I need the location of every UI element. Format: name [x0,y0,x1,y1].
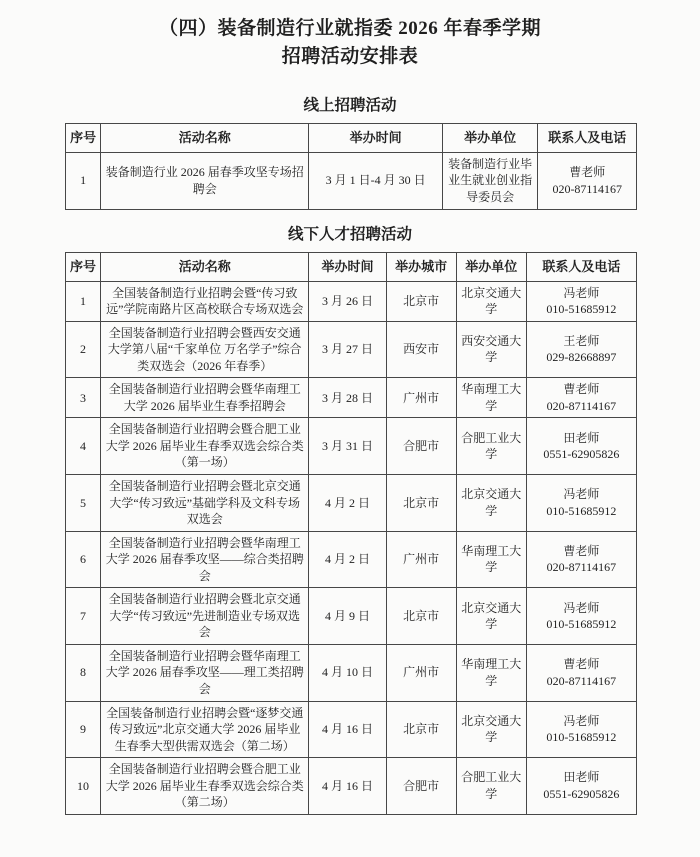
name-cell: 全国装备制造行业招聘会暨合肥工业大学 2026 届毕业生春季双选会综合类（第一场… [101,418,309,475]
unit-cell: 合肥工业大学 [456,418,526,475]
column-header-contact: 联系人及电话 [538,124,637,153]
city-cell: 北京市 [386,281,456,321]
city-cell: 广州市 [386,378,456,418]
table-row: 2全国装备制造行业招聘会暨西安交通大学第八届“千家单位 万名学子”综合类双选会（… [66,321,637,378]
column-header-no: 序号 [66,124,101,153]
time-cell: 3 月 1 日-4 月 30 日 [309,152,443,209]
contact-cell: 曹老师020-87114167 [538,152,637,209]
online-section-heading: 线上招聘活动 [0,96,700,116]
time-cell: 4 月 16 日 [309,758,386,815]
table-row: 1全国装备制造行业招聘会暨“传习致远”学院南路片区高校联合专场双选会3 月 26… [66,281,637,321]
table-row: 4全国装备制造行业招聘会暨合肥工业大学 2026 届毕业生春季双选会综合类（第一… [66,418,637,475]
unit-cell: 西安交通大学 [456,321,526,378]
contact-cell: 冯老师010-51685912 [526,701,636,758]
no-cell: 3 [66,378,101,418]
unit-cell: 华南理工大学 [456,644,526,701]
contact-cell: 田老师0551-62905826 [526,418,636,475]
online-recruitment-table: 序号 活动名称 举办时间 举办单位 联系人及电话 1装备制造行业 2026 届春… [65,123,637,210]
column-header-city: 举办城市 [386,252,456,281]
no-cell: 8 [66,644,101,701]
name-cell: 全国装备制造行业招聘会暨北京交通大学“传习致远”先进制造业专场双选会 [101,588,309,645]
table-row: 1装备制造行业 2026 届春季攻坚专场招聘会3 月 1 日-4 月 30 日装… [66,152,637,209]
online-table-header-row: 序号 活动名称 举办时间 举办单位 联系人及电话 [66,124,637,153]
contact-phone: 0551-62905826 [530,446,633,463]
contact-phone: 020-87114167 [541,181,633,198]
no-cell: 7 [66,588,101,645]
time-cell: 3 月 26 日 [309,281,386,321]
offline-table-header-row: 序号 活动名称 举办时间 举办城市 举办单位 联系人及电话 [66,252,637,281]
column-header-activity-name: 活动名称 [101,252,309,281]
unit-cell: 北京交通大学 [456,474,526,531]
page-title: （四）装备制造行业就指委 2026 年春季学期 招聘活动安排表 [0,15,700,71]
name-cell: 全国装备制造行业招聘会暨“传习致远”学院南路片区高校联合专场双选会 [101,281,309,321]
name-cell: 全国装备制造行业招聘会暨北京交通大学“传习致远”基础学科及文科专场双选会 [101,474,309,531]
time-cell: 4 月 16 日 [309,701,386,758]
contact-cell: 曹老师020-87114167 [526,644,636,701]
contact-name: 田老师 [530,769,633,786]
unit-cell: 北京交通大学 [456,281,526,321]
name-cell: 全国装备制造行业招聘会暨合肥工业大学 2026 届毕业生春季双选会综合类（第二场… [101,758,309,815]
unit-cell: 华南理工大学 [456,531,526,588]
contact-name: 冯老师 [530,486,633,503]
name-cell: 全国装备制造行业招聘会暨华南理工大学 2026 届毕业生春季招聘会 [101,378,309,418]
column-header-unit: 举办单位 [442,124,538,153]
city-cell: 合肥市 [386,418,456,475]
contact-phone: 010-51685912 [530,301,633,318]
document-page: （四）装备制造行业就指委 2026 年春季学期 招聘活动安排表 线上招聘活动 序… [0,0,700,857]
no-cell: 4 [66,418,101,475]
no-cell: 2 [66,321,101,378]
page-title-line-1: （四）装备制造行业就指委 2026 年春季学期 [0,15,700,43]
unit-cell: 北京交通大学 [456,701,526,758]
column-header-time: 举办时间 [309,124,443,153]
no-cell: 1 [66,152,101,209]
contact-name: 曹老师 [530,381,633,398]
unit-cell: 装备制造行业毕业生就业创业指导委员会 [442,152,538,209]
table-row: 8全国装备制造行业招聘会暨华南理工大学 2026 届春季攻坚——理工类招聘会4 … [66,644,637,701]
contact-cell: 曹老师020-87114167 [526,531,636,588]
time-cell: 4 月 2 日 [309,474,386,531]
contact-phone: 010-51685912 [530,503,633,520]
contact-cell: 冯老师010-51685912 [526,588,636,645]
column-header-no: 序号 [66,252,101,281]
city-cell: 北京市 [386,588,456,645]
contact-phone: 010-51685912 [530,729,633,746]
no-cell: 6 [66,531,101,588]
contact-phone: 010-51685912 [530,616,633,633]
table-row: 7全国装备制造行业招聘会暨北京交通大学“传习致远”先进制造业专场双选会4 月 9… [66,588,637,645]
column-header-activity-name: 活动名称 [101,124,309,153]
contact-phone: 020-87114167 [530,398,633,415]
name-cell: 装备制造行业 2026 届春季攻坚专场招聘会 [101,152,309,209]
no-cell: 5 [66,474,101,531]
no-cell: 10 [66,758,101,815]
unit-cell: 合肥工业大学 [456,758,526,815]
city-cell: 北京市 [386,701,456,758]
time-cell: 3 月 27 日 [309,321,386,378]
table-row: 10全国装备制造行业招聘会暨合肥工业大学 2026 届毕业生春季双选会综合类（第… [66,758,637,815]
contact-phone: 020-87114167 [530,559,633,576]
time-cell: 4 月 9 日 [309,588,386,645]
unit-cell: 北京交通大学 [456,588,526,645]
name-cell: 全国装备制造行业招聘会暨华南理工大学 2026 届春季攻坚——综合类招聘会 [101,531,309,588]
contact-cell: 冯老师010-51685912 [526,281,636,321]
contact-cell: 冯老师010-51685912 [526,474,636,531]
contact-phone: 020-87114167 [530,673,633,690]
no-cell: 9 [66,701,101,758]
column-header-unit: 举办单位 [456,252,526,281]
column-header-time: 举办时间 [309,252,386,281]
offline-recruitment-table: 序号 活动名称 举办时间 举办城市 举办单位 联系人及电话 1全国装备制造行业招… [65,252,637,815]
table-row: 3全国装备制造行业招聘会暨华南理工大学 2026 届毕业生春季招聘会3 月 28… [66,378,637,418]
city-cell: 西安市 [386,321,456,378]
time-cell: 3 月 28 日 [309,378,386,418]
page-title-line-2: 招聘活动安排表 [0,43,700,71]
city-cell: 合肥市 [386,758,456,815]
name-cell: 全国装备制造行业招聘会暨华南理工大学 2026 届春季攻坚——理工类招聘会 [101,644,309,701]
table-row: 5全国装备制造行业招聘会暨北京交通大学“传习致远”基础学科及文科专场双选会4 月… [66,474,637,531]
name-cell: 全国装备制造行业招聘会暨西安交通大学第八届“千家单位 万名学子”综合类双选会（2… [101,321,309,378]
contact-name: 曹老师 [541,164,633,181]
city-cell: 广州市 [386,644,456,701]
unit-cell: 华南理工大学 [456,378,526,418]
table-row: 9全国装备制造行业招聘会暨“逐梦交通 传习致远”北京交通大学 2026 届毕业生… [66,701,637,758]
contact-name: 王老师 [530,333,633,350]
offline-section-heading: 线下人才招聘活动 [0,225,700,245]
city-cell: 广州市 [386,531,456,588]
name-cell: 全国装备制造行业招聘会暨“逐梦交通 传习致远”北京交通大学 2026 届毕业生春… [101,701,309,758]
contact-cell: 曹老师020-87114167 [526,378,636,418]
contact-cell: 王老师029-82668897 [526,321,636,378]
contact-phone: 0551-62905826 [530,786,633,803]
contact-name: 冯老师 [530,713,633,730]
time-cell: 4 月 10 日 [309,644,386,701]
column-header-contact: 联系人及电话 [526,252,636,281]
contact-name: 田老师 [530,430,633,447]
no-cell: 1 [66,281,101,321]
city-cell: 北京市 [386,474,456,531]
contact-cell: 田老师0551-62905826 [526,758,636,815]
contact-phone: 029-82668897 [530,349,633,366]
time-cell: 3 月 31 日 [309,418,386,475]
time-cell: 4 月 2 日 [309,531,386,588]
contact-name: 曹老师 [530,543,633,560]
contact-name: 曹老师 [530,656,633,673]
table-row: 6全国装备制造行业招聘会暨华南理工大学 2026 届春季攻坚——综合类招聘会4 … [66,531,637,588]
contact-name: 冯老师 [530,285,633,302]
contact-name: 冯老师 [530,600,633,617]
